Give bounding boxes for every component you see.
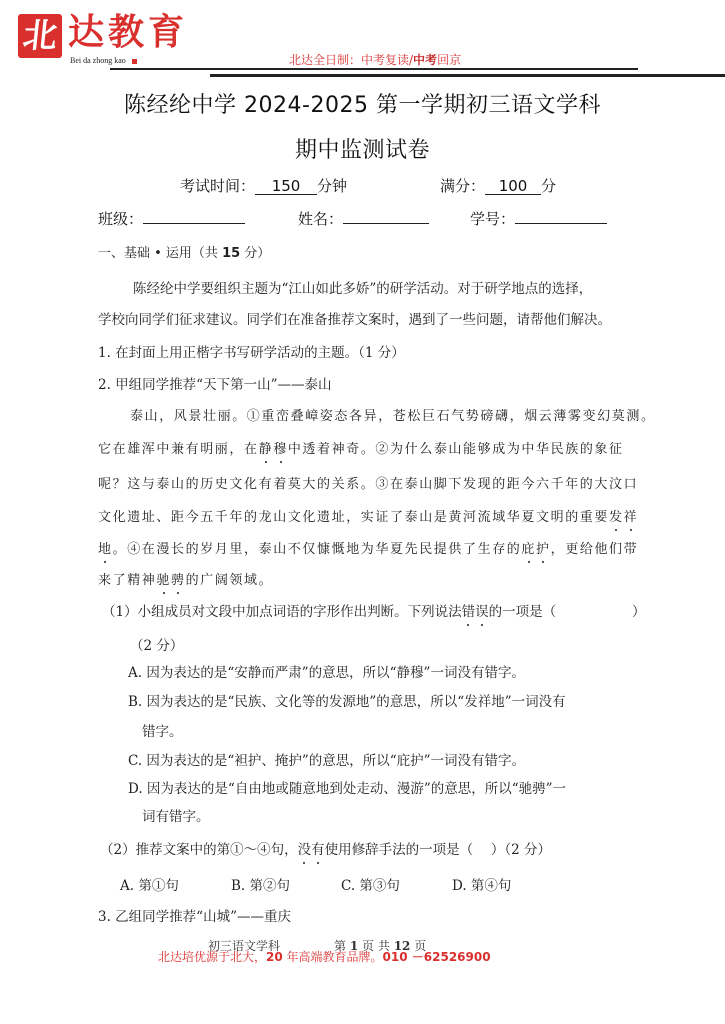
slogan-prefix: 北达全日制：中考复读/ <box>289 53 413 67</box>
stem-text: （1）小组成员对文段中加点词语的字形作出判断。下列说法 <box>102 604 462 620</box>
option-d-cont: 词有错字。 <box>142 805 210 825</box>
stem-text: 使用修辞手法的一项是（ ）（2 分） <box>325 842 551 858</box>
emphasis-char: 穆 <box>273 442 288 457</box>
passage-text: 文化遗址、距今五千年的龙山文化遗址，实证了泰山是黄河流域华夏文明的重要 <box>98 510 609 525</box>
passage-text: 来了精神 <box>98 573 156 588</box>
class-field[interactable]: 班级： <box>98 208 245 229</box>
ad-text: 北达培优源于北大， <box>158 950 266 964</box>
option-2b[interactable]: B. 第②句 <box>231 874 290 894</box>
passage-line-4: 文化遗址、距今五千年的龙山文化遗址，实证了泰山是黄河流域华夏文明的重要发祥 <box>98 506 638 525</box>
time-unit: 分钟 <box>317 177 347 195</box>
heading-prefix: 一、基础 • 运用（共 <box>98 246 222 261</box>
passage-line-2: 它在雄浑中兼有明丽，在静穆中透着神奇。②为什么泰山能够成为中华民族的象征 <box>98 438 624 457</box>
time-value: 150 <box>255 178 317 195</box>
emphasis-char: 骋 <box>171 573 186 588</box>
emphasis-char: 静 <box>259 442 274 457</box>
option-c[interactable]: C. 因为表达的是“袒护、掩护”的意思，所以“庇护”一词没有错字。 <box>128 749 525 769</box>
logo-subtitle: Bei da zhong kao <box>70 56 137 65</box>
ad-years: 20 <box>266 950 283 964</box>
intro-line-1: 陈经纶中学要组织主题为“江山如此多娇”的研学活动。对于研学地点的选择， <box>133 277 592 297</box>
passage-line-1: 泰山，风景壮丽。①重峦叠嶂姿态各异，苍松巨石气势磅礴，烟云薄雾变幻莫测。 <box>130 405 656 424</box>
stem-text: 的一项是（ <box>489 604 557 620</box>
header-rule-top <box>110 68 638 70</box>
passage-line-3: 呢？这与泰山的历史文化有着莫大的关系。③在泰山脚下发现的距今六千年的大汶口 <box>98 473 638 492</box>
emphasis-char: 护 <box>536 542 551 557</box>
ad-phone: 010 －62526900 <box>383 950 491 964</box>
slogan-bold: 中考 <box>413 53 437 67</box>
emphasis-char: 误 <box>475 604 489 620</box>
emphasis-char: 地 <box>98 542 113 557</box>
emphasis-char: 祥 <box>624 510 639 525</box>
passage-text: ，更给他们带 <box>551 542 639 557</box>
exam-subtitle: 期中监测试卷 <box>0 133 725 164</box>
exam-score: 满分：100分 <box>440 175 556 196</box>
slogan-suffix: 回京 <box>437 53 461 67</box>
subquestion-1-stem: （1）小组成员对文段中加点词语的字形作出判断。下列说法错误的一项是（ <box>102 600 556 620</box>
ad-text: 年高端教育品牌。 <box>283 950 383 964</box>
question-2: 2. 甲组同学推荐“天下第一山”——泰山 <box>98 373 331 393</box>
logo-mark: 北 <box>18 14 62 58</box>
intro-line-2: 学校向同学们征求建议。同学们在准备推荐文案时，遇到了一些问题，请帮他们解决。 <box>98 308 611 328</box>
subquestion-2-stem: （2）推荐文案中的第①～④句，没有使用修辞手法的一项是（ ）（2 分） <box>100 838 551 858</box>
answer-bracket-close: ） <box>632 600 646 620</box>
time-label: 考试时间： <box>180 177 255 195</box>
name-label: 姓名： <box>298 210 343 228</box>
option-a[interactable]: A. 因为表达的是“安静而严肃”的意思，所以“静穆”一词没有错字。 <box>128 661 525 681</box>
option-2c[interactable]: C. 第③句 <box>341 874 400 894</box>
header-slogan: 北达全日制：中考复读/中考回京 <box>289 51 461 68</box>
emphasis-char: 没 <box>298 842 312 858</box>
logo-subtitle-text: Bei da zhong kao <box>70 56 126 65</box>
heading-points: 15 <box>222 246 240 261</box>
option-2a[interactable]: A. 第①句 <box>120 874 179 894</box>
subquestion-1-points: （2 分） <box>130 634 183 654</box>
question-3: 3. 乙组同学推荐“山城”——重庆 <box>98 905 291 925</box>
class-label: 班级： <box>98 210 143 228</box>
emphasis-char: 错 <box>462 604 476 620</box>
passage-text: 它在雄浑中兼有明丽，在 <box>98 442 259 457</box>
name-field[interactable]: 姓名： <box>298 208 429 229</box>
score-value: 100 <box>485 178 541 195</box>
option-d[interactable]: D. 因为表达的是“自由地或随意地到处走动、漫游”的意思，所以“驰骋”一 <box>128 777 566 797</box>
score-label: 满分： <box>440 177 485 195</box>
passage-text: 的广阔领域。 <box>186 573 274 588</box>
stem-text: （2）推荐文案中的第①～④句， <box>100 842 298 858</box>
id-blank[interactable] <box>515 223 607 224</box>
option-2d[interactable]: D. 第④句 <box>452 874 511 894</box>
option-b[interactable]: B. 因为表达的是“民族、文化等的发源地”的意思，所以“发祥地”一词没有 <box>128 690 566 710</box>
id-label: 学号： <box>470 210 515 228</box>
logo-mark-char: 北 <box>21 19 59 53</box>
name-blank[interactable] <box>343 223 429 224</box>
question-1: 1. 在封面上用正楷字书写研学活动的主题。（1 分） <box>98 341 405 361</box>
emphasis-char: 有 <box>311 842 325 858</box>
footer-ad: 北达培优源于北大，20 年高端教育品牌。010 －62526900 <box>158 948 491 965</box>
passage-line-6: 来了精神驰骋的广阔领域。 <box>98 569 273 588</box>
passage-text: 中透着神奇。②为什么泰山能够成为中华民族的象征 <box>288 442 624 457</box>
red-square-icon <box>132 59 137 64</box>
passage-line-5: 地。④在漫长的岁月里，泰山不仅慷慨地为华夏先民提供了生存的庇护，更给他们带 <box>98 538 638 557</box>
logo-text: 达教育 <box>68 10 188 54</box>
exam-time: 考试时间：150分钟 <box>180 175 347 196</box>
emphasis-char: 发 <box>609 510 624 525</box>
student-id-field[interactable]: 学号： <box>470 208 607 229</box>
section-heading: 一、基础 • 运用（共 15 分） <box>98 242 270 261</box>
exam-title: 陈经纶中学 2024-2025 第一学期初三语文学科 <box>0 88 725 119</box>
class-blank[interactable] <box>143 223 245 224</box>
option-b-cont: 错字。 <box>142 720 183 740</box>
passage-text: 。④在漫长的岁月里，泰山不仅慷慨地为华夏先民提供了生存的 <box>113 542 522 557</box>
heading-suffix: 分） <box>240 246 270 261</box>
emphasis-char: 驰 <box>156 573 171 588</box>
header-rule-bottom <box>210 74 725 77</box>
emphasis-char: 庇 <box>521 542 536 557</box>
score-unit: 分 <box>541 177 556 195</box>
